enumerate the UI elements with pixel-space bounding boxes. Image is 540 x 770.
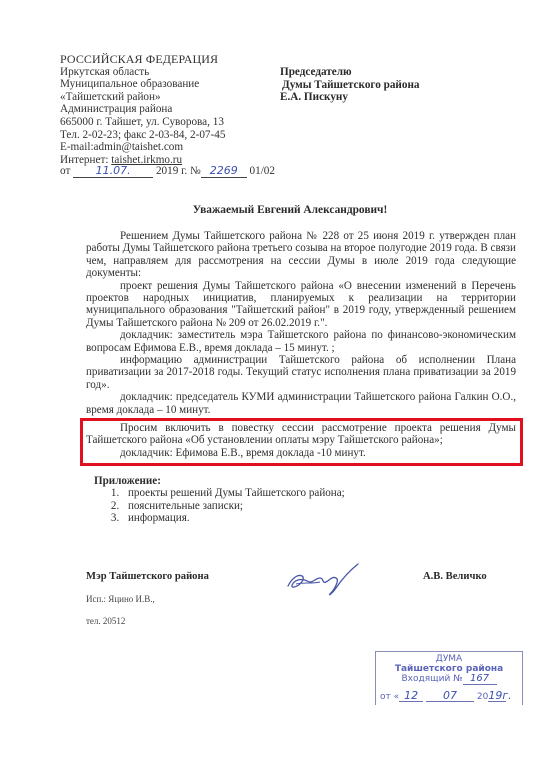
- handwritten-number: 2269: [201, 164, 247, 178]
- executor: Исп.: Яцино И.В.,: [86, 594, 155, 604]
- appendix-title: Приложение:: [94, 475, 345, 487]
- incoming-stamp: ДУМА Тайшетского района Входящий №167 от…: [375, 651, 523, 705]
- executor-phone: тел. 20512: [86, 616, 125, 626]
- letter-body: Решением Думы Тайшетского района № 228 о…: [86, 230, 516, 416]
- signer-name: А.В. Величко: [423, 571, 487, 582]
- incoming-number: 167: [463, 674, 497, 685]
- recipient-block: Председателю Думы Тайшетского района Е.А…: [280, 66, 420, 104]
- number-suffix: 01/02: [250, 165, 275, 177]
- appendix-list: проекты решений Думы Тайшетского района;…: [94, 487, 345, 524]
- highlighted-paragraph: Просим включить в повестку сессии рассмо…: [86, 422, 516, 447]
- stamp-month: 07: [426, 691, 474, 702]
- appendix-block: Приложение: проекты решений Думы Тайшетс…: [94, 475, 345, 525]
- incoming-label: Входящий №: [401, 674, 462, 684]
- recipient-position: Председателю: [280, 66, 420, 79]
- handwritten-date: 11.07.: [73, 164, 153, 178]
- outgoing-reference: от 11.07. 2019 г. №2269 01/02: [60, 164, 275, 178]
- recipient-organization: Думы Тайшетского района: [280, 79, 420, 92]
- sender-line: Муниципальное образование: [60, 78, 225, 91]
- document-page: РОССИЙСКАЯ ФЕДЕРАЦИЯ Иркутская область М…: [0, 0, 540, 770]
- highlighted-request: Просим включить в повестку сессии рассмо…: [86, 422, 516, 459]
- sender-address: 665000 г. Тайшет, ул. Суворова, 13: [60, 116, 225, 129]
- stamp-district: Тайшетского района: [376, 664, 522, 674]
- stamp-day: 12: [399, 691, 423, 702]
- sender-line: Иркутская область: [60, 66, 225, 79]
- appendix-item: информация.: [122, 512, 345, 524]
- stamp-org: ДУМА: [376, 654, 522, 664]
- sender-block: РОССИЙСКАЯ ФЕДЕРАЦИЯ Иркутская область М…: [60, 53, 225, 166]
- sender-line: Администрация района: [60, 103, 225, 116]
- sender-email: E-mail:admin@taishet.com: [60, 141, 225, 154]
- signer-title: Мэр Тайшетского района: [86, 571, 209, 582]
- stamp-year-prefix: 20: [477, 692, 488, 702]
- body-paragraph: докладчик: председатель КУМИ администрац…: [86, 391, 516, 416]
- stamp-date-label: от «: [380, 692, 399, 702]
- sender-line: «Тайшетский район»: [60, 91, 225, 104]
- body-paragraph: докладчик: заместитель мэра Тайшетского …: [86, 329, 516, 354]
- number-label: №: [190, 165, 201, 177]
- from-label: от: [60, 165, 70, 177]
- highlighted-paragraph: докладчик: Ефимова Е.В., время доклада -…: [86, 447, 516, 459]
- appendix-item: пояснительные записки;: [122, 500, 345, 512]
- appendix-item: проекты решений Думы Тайшетского района;: [122, 487, 345, 499]
- stamp-incoming: Входящий №167: [376, 674, 522, 685]
- body-paragraph: информацию администрации Тайшетского рай…: [86, 354, 516, 391]
- sender-country: РОССИЙСКАЯ ФЕДЕРАЦИЯ: [60, 53, 225, 66]
- salutation: Уважаемый Евгений Александрович!: [0, 204, 540, 216]
- signature-icon: [282, 560, 362, 600]
- body-paragraph: Решением Думы Тайшетского района № 228 о…: [86, 230, 516, 280]
- sender-phone: Тел. 2-02-23; факс 2-03-84, 2-07-45: [60, 129, 225, 142]
- body-paragraph: проект решения Думы Тайшетского района «…: [86, 280, 516, 330]
- stamp-year: 19г.: [488, 691, 506, 702]
- year-text: 2019 г.: [156, 165, 187, 177]
- recipient-name: Е.А. Пискуну: [280, 91, 420, 104]
- stamp-date: от «12 07 2019г.: [376, 691, 522, 702]
